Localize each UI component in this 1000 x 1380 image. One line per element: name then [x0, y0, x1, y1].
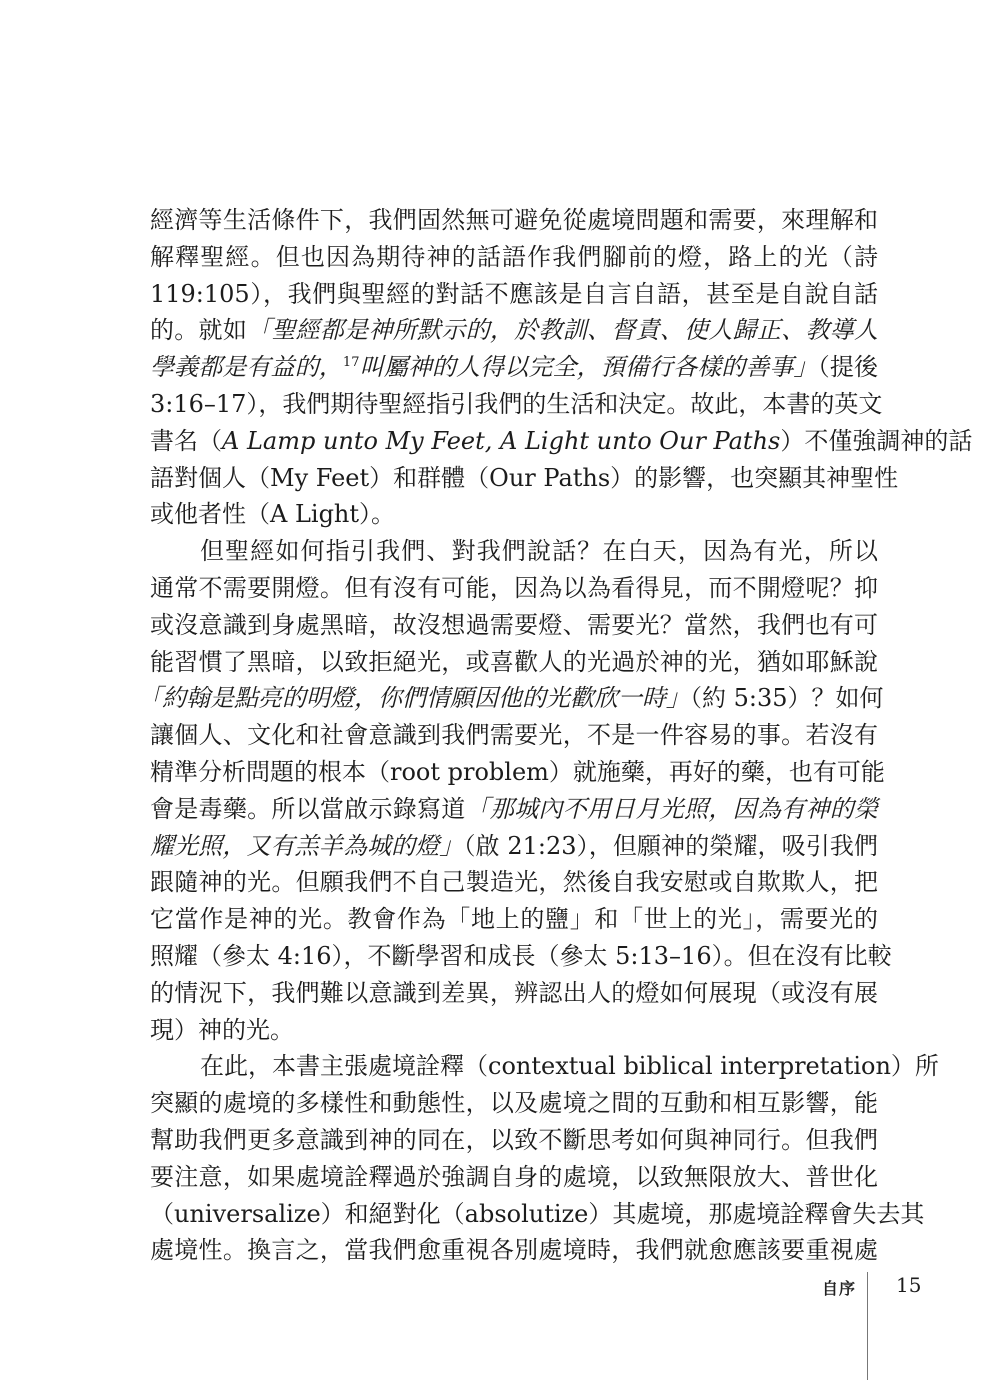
document-page: 經濟等生活條件下，我們固然無可避免從處境問題和需要，來理解和解釋聖經。但也因為期…	[0, 0, 1000, 1380]
text-line: 會是毒藥。所以當啟示錄寫道「那城內不用日月光照，因為有神的榮	[150, 791, 878, 828]
text-segment: 突顯的處境的多樣性和動態性，以及處境之間的互動和相互影響，能	[150, 1089, 878, 1117]
text-segment: 解釋聖經。但也因為期待神的話語作我們腳前的燈，路上的光（詩	[150, 243, 878, 271]
text-segment: 書名（	[150, 427, 222, 455]
text-line: 解釋聖經。但也因為期待神的話語作我們腳前的燈，路上的光（詩	[150, 239, 878, 276]
text-segment: 能習慣了黑暗，以致拒絕光，或喜歡人的光過於神的光，猶如耶穌說	[150, 648, 878, 676]
text-segment: 要注意，如果處境詮釋過於強調自身的處境，以致無限放大、普世化	[150, 1163, 878, 1191]
text-line: 學義都是有益的，17叫屬神的人得以完全，預備行各樣的善事」（提後	[150, 349, 878, 386]
scripture-quote-segment: 學義都是有益的，	[150, 353, 343, 381]
scripture-quote-segment: 耀光照，又有羔羊為城的燈」	[150, 832, 463, 860]
text-segment: 或沒意識到身處黑暗，故沒想過需要燈、需要光？當然，我們也有可	[150, 611, 878, 639]
text-segment: 但聖經如何指引我們、對我們說話？在白天，因為有光，所以	[200, 537, 878, 565]
text-line: 「約翰是點亮的明燈，你們情願因他的光歡欣一時」（約 5:35）？如何	[138, 680, 878, 717]
text-line: 或沒意識到身處黑暗，故沒想過需要燈、需要光？當然，我們也有可	[150, 607, 878, 644]
scripture-quote-segment: 「那城內不用日月光照，因為有神的榮	[466, 795, 878, 823]
text-segment: 處境性。換言之，當我們愈重視各別處境時，我們就愈應該要重視處	[150, 1236, 878, 1264]
book-title-segment: A Lamp unto My Feet, A Light unto Our Pa…	[222, 427, 780, 455]
text-segment: 通常不需要開燈。但有沒有可能，因為以為看得見，而不開燈呢？抑	[150, 574, 878, 602]
text-line: 它當作是神的光。教會作為「地上的鹽」和「世上的光」，需要光的	[150, 901, 878, 938]
text-segment: 精準分析問題的根本（root problem）就施藥，再好的藥，也有可能	[150, 758, 885, 786]
text-line: 119:105），我們與聖經的對話不應該是自言自語，甚至是自說自話	[150, 276, 878, 313]
text-line: 突顯的處境的多樣性和動態性，以及處境之間的互動和相互影響，能	[150, 1085, 878, 1122]
text-segment: ）不僅強調神的話	[780, 427, 972, 455]
text-segment: （提後	[818, 353, 878, 381]
text-line: 耀光照，又有羔羊為城的燈」（啟 21:23），但願神的榮耀，吸引我們	[150, 828, 878, 865]
scripture-quote-segment: 「聖經都是神所默示的，於教訓、督責、使人歸正、教導人	[247, 316, 878, 344]
text-segment: 經濟等生活條件下，我們固然無可避免從處境問題和需要，來理解和	[150, 206, 878, 234]
text-segment: 或他者性（A Light）。	[150, 500, 395, 528]
verse-superscript: 17	[343, 355, 360, 370]
text-line: 照耀（參太 4:16），不斷學習和成長（參太 5:13–16）。但在沒有比較	[150, 938, 878, 975]
text-segment: 照耀（參太 4:16），不斷學習和成長（參太 5:13–16）。但在沒有比較	[150, 942, 892, 970]
text-line: 跟隨神的光。但願我們不自己製造光，然後自我安慰或自欺欺人，把	[150, 864, 878, 901]
text-line: 或他者性（A Light）。	[150, 496, 878, 533]
text-segment: 在此，本書主張處境詮釋（contextual biblical interpre…	[200, 1052, 939, 1080]
text-line: 語對個人（My Feet）和群體（Our Paths）的影響，也突顯其神聖性	[150, 460, 878, 497]
text-segment: 的。就如	[150, 316, 247, 344]
page-number: 15	[896, 1273, 921, 1297]
text-segment: 現）神的光。	[150, 1016, 294, 1044]
footer-divider	[867, 1272, 868, 1380]
scripture-quote-segment: 叫屬神的人得以完全，預備行各樣的善事」	[359, 353, 817, 381]
text-line: 讓個人、文化和社會意識到我們需要光，不是一件容易的事。若沒有	[150, 717, 878, 754]
text-line: 精準分析問題的根本（root problem）就施藥，再好的藥，也有可能	[150, 754, 878, 791]
text-segment: 語對個人（My Feet）和群體（Our Paths）的影響，也突顯其神聖性	[150, 464, 898, 492]
text-segment: 的情況下，我們難以意識到差異，辨認出人的燈如何展現（或沒有展	[150, 979, 878, 1007]
body-text: 經濟等生活條件下，我們固然無可避免從處境問題和需要，來理解和解釋聖經。但也因為期…	[150, 202, 878, 1269]
text-line: 幫助我們更多意識到神的同在，以致不斷思考如何與神同行。但我們	[150, 1122, 878, 1159]
text-line: 在此，本書主張處境詮釋（contextual biblical interpre…	[150, 1048, 878, 1085]
text-line: 要注意，如果處境詮釋過於強調自身的處境，以致無限放大、普世化	[150, 1159, 878, 1196]
text-line: 3:16–17），我們期待聖經指引我們的生活和決定。故此，本書的英文	[150, 386, 878, 423]
text-line: 處境性。換言之，當我們愈重視各別處境時，我們就愈應該要重視處	[150, 1232, 878, 1269]
text-line: 的情況下，我們難以意識到差異，辨認出人的燈如何展現（或沒有展	[150, 975, 878, 1012]
text-line: 的。就如「聖經都是神所默示的，於教訓、督責、使人歸正、教導人	[150, 312, 878, 349]
scripture-quote-segment: 「約翰是點亮的明燈，你們情願因他的光歡欣一時」	[138, 684, 690, 712]
text-line: 現）神的光。	[150, 1012, 878, 1049]
text-segment: 幫助我們更多意識到神的同在，以致不斷思考如何與神同行。但我們	[150, 1126, 878, 1154]
text-line: 通常不需要開燈。但有沒有可能，因為以為看得見，而不開燈呢？抑	[150, 570, 878, 607]
text-segment: （約 5:35）？如何	[690, 684, 884, 712]
text-segment: （universalize）和絕對化（absolutize）其處境，那處境詮釋會…	[150, 1200, 924, 1228]
text-segment: 119:105），我們與聖經的對話不應該是自言自語，甚至是自說自話	[150, 280, 878, 308]
text-segment: 3:16–17），我們期待聖經指引我們的生活和決定。故此，本書的英文	[150, 390, 882, 418]
text-segment: 讓個人、文化和社會意識到我們需要光，不是一件容易的事。若沒有	[150, 721, 878, 749]
footer-section-title: 自序	[822, 1276, 856, 1299]
text-segment: （啟 21:23），但願神的榮耀，吸引我們	[463, 832, 878, 860]
text-segment: 會是毒藥。所以當啟示錄寫道	[150, 795, 466, 823]
text-line: （universalize）和絕對化（absolutize）其處境，那處境詮釋會…	[150, 1196, 878, 1233]
text-line: 書名（A Lamp unto My Feet, A Light unto Our…	[150, 423, 878, 460]
text-segment: 跟隨神的光。但願我們不自己製造光，然後自我安慰或自欺欺人，把	[150, 868, 878, 896]
text-segment: 它當作是神的光。教會作為「地上的鹽」和「世上的光」，需要光的	[150, 905, 878, 933]
text-line: 經濟等生活條件下，我們固然無可避免從處境問題和需要，來理解和	[150, 202, 878, 239]
text-line: 能習慣了黑暗，以致拒絕光，或喜歡人的光過於神的光，猶如耶穌說	[150, 644, 878, 681]
text-line: 但聖經如何指引我們、對我們說話？在白天，因為有光，所以	[150, 533, 878, 570]
